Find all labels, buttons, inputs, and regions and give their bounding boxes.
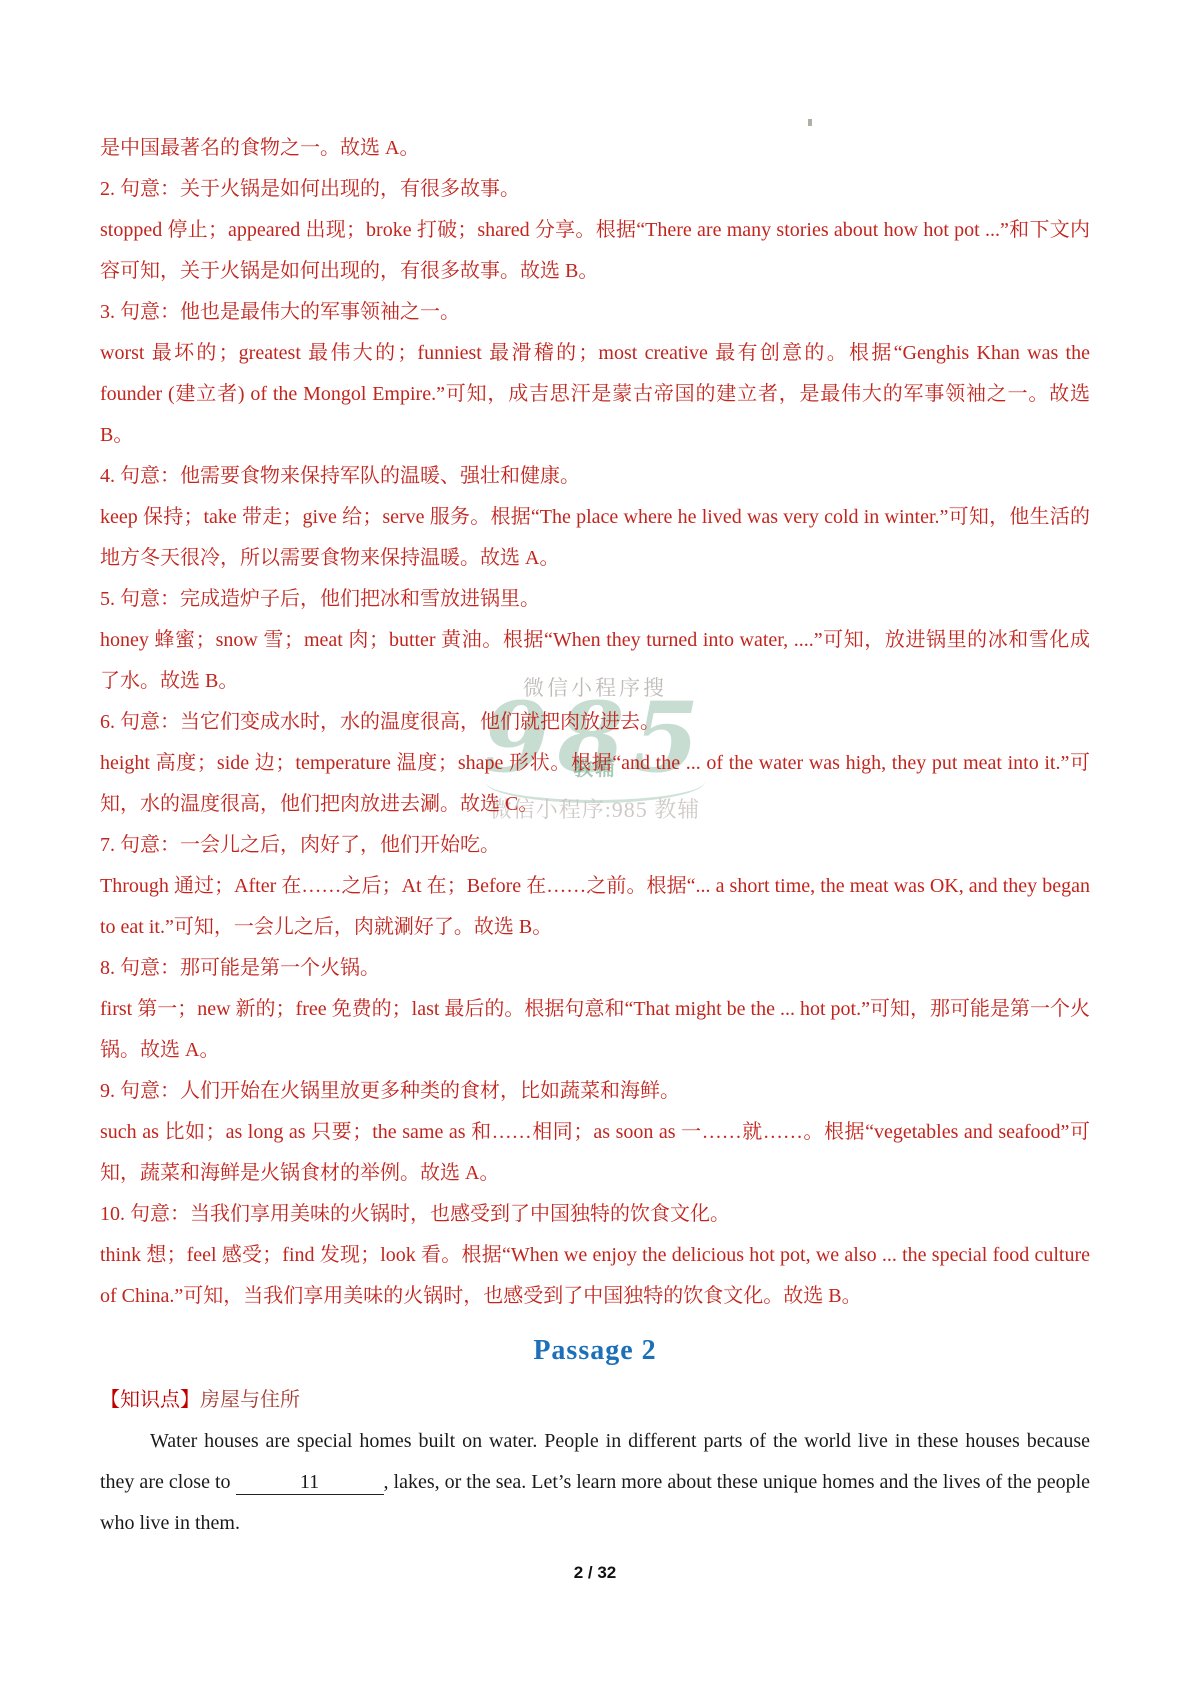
knowledge-point-line: 【知识点】房屋与住所 [100, 1380, 1090, 1421]
explanation-paragraph: first 第一；new 新的；free 免费的；last 最后的。根据句意和“… [100, 989, 1090, 1071]
document-page: 微信小程序搜 985 教辅 微信小程序:985 教辅 是中国最著名的食物之一。故… [0, 0, 1190, 1683]
knowledge-point-label: 【知识点】 [100, 1389, 200, 1411]
explanation-paragraph: 7. 句意：一会儿之后，肉好了，他们开始吃。 [100, 825, 1090, 866]
explanation-paragraph: think 想；feel 感受；find 发现；look 看。根据“When w… [100, 1235, 1090, 1317]
explanation-paragraph: 3. 句意：他也是最伟大的军事领袖之一。 [100, 292, 1090, 333]
explanation-paragraph: 是中国最著名的食物之一。故选 A。 [100, 128, 1090, 169]
explanation-paragraph: such as 比如；as long as 只要；the same as 和……… [100, 1112, 1090, 1194]
explanation-paragraph: worst 最坏的；greatest 最伟大的；funniest 最滑稽的；mo… [100, 333, 1090, 456]
explanation-paragraph: honey 蜂蜜；snow 雪；meat 肉；butter 黄油。根据“When… [100, 620, 1090, 702]
answer-explanations-section: 是中国最著名的食物之一。故选 A。 2. 句意：关于火锅是如何出现的，有很多故事… [100, 128, 1090, 1544]
knowledge-point-value: 房屋与住所 [200, 1389, 300, 1411]
answer-blank-11: 11 [236, 1470, 384, 1495]
page-number: 2 / 32 [0, 1563, 1190, 1583]
explanation-paragraph: 4. 句意：他需要食物来保持军队的温暖、强壮和健康。 [100, 456, 1090, 497]
explanation-paragraph: height 高度；side 边；temperature 温度；shape 形状… [100, 743, 1090, 825]
explanation-paragraph: Through 通过；After 在……之后；At 在；Before 在……之前… [100, 866, 1090, 948]
explanation-paragraph: 8. 句意：那可能是第一个火锅。 [100, 948, 1090, 989]
explanation-paragraph: 5. 句意：完成造炉子后，他们把冰和雪放进锅里。 [100, 579, 1090, 620]
passage-body-paragraph: Water houses are special homes built on … [100, 1421, 1090, 1544]
explanation-paragraph: keep 保持；take 带走；give 给；serve 服务。根据“The p… [100, 497, 1090, 579]
explanation-paragraph: 9. 句意：人们开始在火锅里放更多种类的食材，比如蔬菜和海鲜。 [100, 1071, 1090, 1112]
passage-2-heading: Passage 2 [100, 1328, 1090, 1374]
explanation-paragraph: stopped 停止；appeared 出现；broke 打破；shared 分… [100, 210, 1090, 292]
explanation-paragraph: 2. 句意：关于火锅是如何出现的，有很多故事。 [100, 169, 1090, 210]
explanation-paragraph: 6. 句意：当它们变成水时，水的温度很高，他们就把肉放进去。 [100, 702, 1090, 743]
explanation-paragraph: 10. 句意：当我们享用美味的火锅时，也感受到了中国独特的饮食文化。 [100, 1194, 1090, 1235]
blank-number: 11 [300, 1471, 319, 1493]
scan-artifact-dot [808, 119, 812, 126]
